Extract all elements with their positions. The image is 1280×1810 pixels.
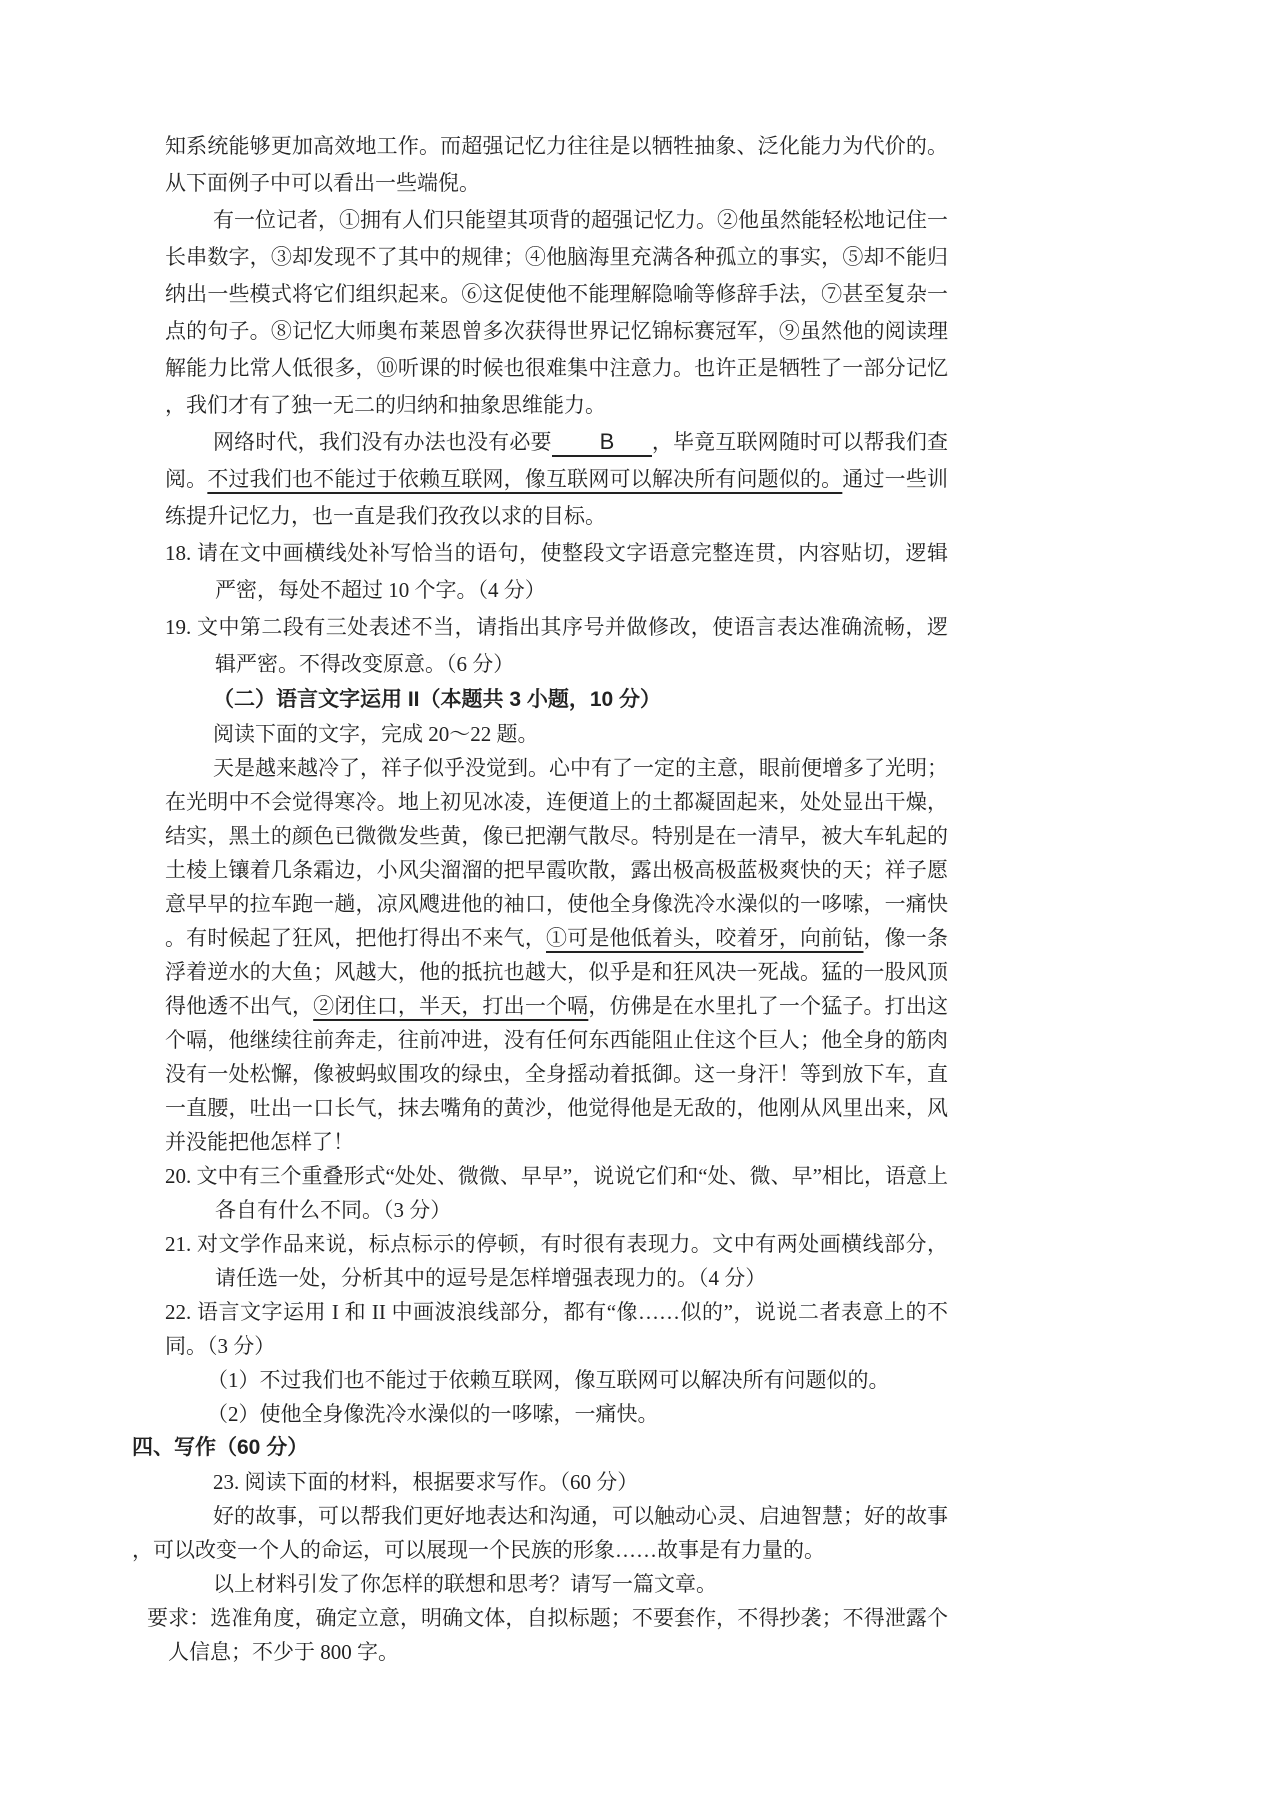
marked-sentence-internet: 不过我们也不能过于依赖互联网，像互联网可以解决所有问题似的。 <box>207 467 842 491</box>
xiangzi-passage: 天是越来越冷了，祥子似乎没觉到。心中有了一定的主意，眼前便增多了光明；在光明中不… <box>165 751 948 1159</box>
section-language-usage-1: 知系统能够更加高效地工作。而超强记忆力往往是以牺牲抽象、泛化能力为代价的。从下面… <box>165 128 948 683</box>
paragraph-internet-era: 网络时代，我们没有办法也没有必要B，毕竟互联网随时可以帮我们查阅。不过我们也不能… <box>165 424 948 535</box>
question-22-example-2: （2）使他全身像洗冷水澡似的一哆嗦，一痛快。 <box>165 1397 948 1431</box>
writing-material: 好的故事，可以帮我们更好地表达和沟通，可以触动心灵、启迪智慧；好的故事，可以改变… <box>132 1499 948 1567</box>
marked-sentence-2: ②闭住口，半天，打出一个嗝 <box>313 994 588 1018</box>
question-20: 20. 文中有三个重叠形式“处处、微微、早早”，说说它们和“处、微、早”相比，语… <box>165 1159 948 1227</box>
question-22-example-1: （1）不过我们也不能过于依赖互联网，像互联网可以解决所有问题似的。 <box>165 1363 948 1397</box>
question-18: 18. 请在文中画横线处补写恰当的语句，使整段文字语意完整连贯，内容贴切，逻辑严… <box>165 535 948 609</box>
passage-text-3: ，仿佛是在水里扎了一个猛子。打出这个嗝，他继续往前奔走，往前冲进，没有任何东西能… <box>165 994 948 1154</box>
fill-in-blank-B: B <box>552 429 652 457</box>
passage-text-1: 天是越来越冷了，祥子似乎没觉到。心中有了一定的主意，眼前便增多了光明；在光明中不… <box>165 756 948 950</box>
usage-2-section-header: （二）语言文字运用 II（本题共 3 小题，10 分） <box>165 683 948 717</box>
question-23: 23. 阅读下面的材料，根据要求写作。（60 分） <box>132 1465 948 1499</box>
question-22: 22. 语言文字运用 I 和 II 中画波浪线部分，都有“像……似的”，说说二者… <box>165 1295 948 1363</box>
paragraph-reporter-example: 有一位记者，①拥有人们只能望其项背的超强记忆力。②他虽然能轻松地记住一长串数字，… <box>165 202 948 424</box>
section-writing: 四、写作（60 分） 23. 阅读下面的材料，根据要求写作。（60 分） 好的故… <box>132 1431 948 1669</box>
writing-section-header: 四、写作（60 分） <box>132 1431 948 1465</box>
writing-requirements: 要求：选准角度，确定立意，明确文体，自拟标题；不要套作，不得抄袭；不得泄露个人信… <box>132 1601 948 1669</box>
question-21: 21. 对文学作品来说，标点标示的停顿，有时很有表现力。文中有两处画横线部分，请… <box>165 1227 948 1295</box>
internet-lead-text: 网络时代，我们没有办法也没有必要 <box>213 430 552 454</box>
marked-sentence-1: ①可是他低着头，咬着牙，向前钻 <box>546 926 864 950</box>
question-19: 19. 文中第二段有三处表述不当，请指出其序号并做修改，使语言表达准确流畅，逻辑… <box>165 609 948 683</box>
writing-prompt: 以上材料引发了你怎样的联想和思考？请写一篇文章。 <box>132 1567 948 1601</box>
reading-instruction: 阅读下面的文字，完成 20～22 题。 <box>165 717 948 751</box>
exam-page: 知系统能够更加高效地工作。而超强记忆力往往是以牺牲抽象、泛化能力为代价的。从下面… <box>0 0 1280 1810</box>
paragraph-memory-continuation: 知系统能够更加高效地工作。而超强记忆力往往是以牺牲抽象、泛化能力为代价的。从下面… <box>165 128 948 202</box>
section-language-usage-2: （二）语言文字运用 II（本题共 3 小题，10 分） 阅读下面的文字，完成 2… <box>165 683 948 1431</box>
exam-content: 知系统能够更加高效地工作。而超强记忆力往往是以牺牲抽象、泛化能力为代价的。从下面… <box>165 128 948 1669</box>
